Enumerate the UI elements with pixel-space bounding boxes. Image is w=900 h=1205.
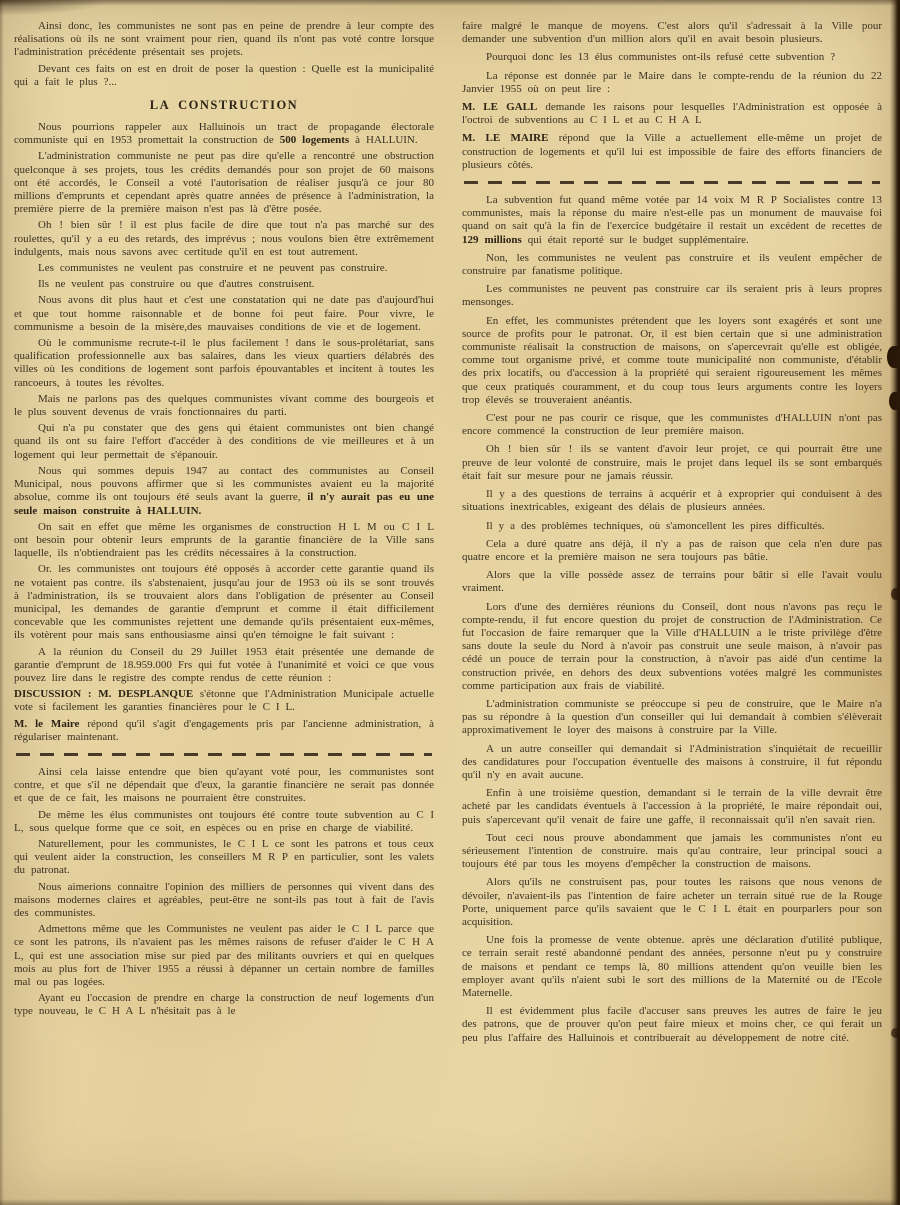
- paragraph: M. le Maire répond qu'il s'agit d'engage…: [14, 718, 434, 744]
- text-run: Oh ! bien sûr ! ils se vantent d'avoir l…: [462, 443, 882, 481]
- paragraph: Nous avons dit plus haut et c'est une co…: [14, 294, 434, 334]
- paragraph: Ainsi donc, les communistes ne sont pas …: [14, 20, 434, 60]
- text-run: Où le communisme recrute-t-il le plus fa…: [14, 337, 434, 389]
- text-run: Ils ne veulent pas construire ou que d'a…: [38, 278, 315, 290]
- text-run: L'administration communiste se préoccupe…: [462, 698, 882, 736]
- text-run: A la réunion du Conseil du 29 Juillet 19…: [14, 646, 434, 684]
- scan-corner-shadow: [0, 0, 110, 16]
- paragraph: La réponse est donnée par le Maire dans …: [462, 70, 882, 96]
- paragraph: L'administration communiste se préoccupe…: [462, 698, 882, 738]
- scan-blemish: [891, 588, 900, 600]
- bold-text-run: DISCUSSION : M. DESPLANQUE: [14, 688, 193, 700]
- text-run: Mais ne parlons pas des quelques communi…: [14, 393, 434, 418]
- paragraph: Enfin à une troisième question, demandan…: [462, 787, 882, 827]
- paragraph: Or. les communistes ont toujours été opp…: [14, 563, 434, 642]
- paragraph: Où le communisme recrute-t-il le plus fa…: [14, 337, 434, 390]
- paragraph: Oh ! bien sûr ! ils se vantent d'avoir l…: [462, 443, 882, 483]
- text-run: Or. les communistes ont toujours été opp…: [14, 563, 434, 641]
- paragraph: Lors d'une des dernières réunions du Con…: [462, 601, 882, 693]
- text-run: Ayant eu l'occasion de prendre en charge…: [14, 992, 434, 1017]
- text-run: Oh ! bien sûr ! il est plus facile de di…: [14, 219, 434, 257]
- paragraph: A la réunion du Conseil du 29 Juillet 19…: [14, 646, 434, 686]
- scan-blemish: [891, 1028, 900, 1038]
- text-run: La subvention fut quand même votée par 1…: [462, 194, 882, 232]
- scan-blemish: [889, 392, 900, 410]
- paragraph: C'est pour ne pas courir ce risque, que …: [462, 412, 882, 438]
- paragraph: Mais ne parlons pas des quelques communi…: [14, 393, 434, 419]
- paragraph: Il y a des questions de terrains à acqué…: [462, 488, 882, 514]
- bold-text-run: M. LE MAIRE: [462, 132, 548, 144]
- paragraph: On sait en effet que même les organismes…: [14, 521, 434, 561]
- text-run: Non, les communistes ne veulent pas cons…: [462, 252, 882, 277]
- text-run: Qui n'a pu constater que des gens qui ét…: [14, 422, 434, 460]
- paragraph: La subvention fut quand même votée par 1…: [462, 194, 882, 247]
- paragraph: Ayant eu l'occasion de prendre en charge…: [14, 992, 434, 1018]
- paragraph: Les communistes ne veulent pas construir…: [14, 262, 434, 275]
- paragraph: Il y a des problèmes techniques, où s'am…: [462, 520, 882, 533]
- text-run: Alors qu'ils ne construisent pas, pour t…: [462, 876, 882, 928]
- text-run: Nous avons dit plus haut et c'est une co…: [14, 294, 434, 332]
- paragraph: Oh ! bien sûr ! il est plus facile de di…: [14, 219, 434, 259]
- bold-text-run: 129 millions: [462, 234, 522, 246]
- text-run: Il y a des problèmes techniques, où s'am…: [486, 520, 825, 532]
- two-column-layout: Ainsi donc, les communistes ne sont pas …: [14, 20, 890, 1050]
- text-run: De même les élus communistes ont toujour…: [14, 809, 434, 834]
- scan-edge-right: [890, 0, 900, 1205]
- paragraph: Une fois la promesse de vente obtenue. a…: [462, 934, 882, 1000]
- paragraph: Naturellement, pour les communistes, le …: [14, 838, 434, 878]
- paragraph: En effet, les communistes prétendent que…: [462, 315, 882, 407]
- paragraph: Nous qui sommes depuis 1947 au contact d…: [14, 465, 434, 518]
- text-run: Il est évidemment plus facile d'accuser …: [462, 1005, 882, 1043]
- text-run: La réponse est donnée par le Maire dans …: [462, 70, 882, 95]
- text-run: Pourquoi donc les 13 élus communistes on…: [486, 51, 835, 63]
- paragraph: M. LE MAIRE répond que la Ville a actuel…: [462, 132, 882, 172]
- paragraph: Devant ces faits on est en droit de pose…: [14, 63, 434, 89]
- text-run: Alors que la ville possède assez de terr…: [462, 569, 882, 594]
- text-run: Enfin à une troisième question, demandan…: [462, 787, 882, 825]
- paragraph: Non, les communistes ne veulent pas cons…: [462, 252, 882, 278]
- text-run: Ainsi donc, les communistes ne sont pas …: [14, 20, 434, 58]
- paragraph: Qui n'a pu constater que des gens qui ét…: [14, 422, 434, 462]
- paragraph: Ainsi cela laisse entendre que bien qu'a…: [14, 766, 434, 806]
- right-column: faire malgré le manque de moyens. C'est …: [462, 20, 882, 1050]
- text-run: Les communistes ne peuvent pas construir…: [462, 283, 882, 308]
- text-run: C'est pour ne pas courir ce risque, que …: [462, 412, 882, 437]
- text-run: faire malgré le manque de moyens. C'est …: [462, 20, 882, 45]
- dashed-separator: [464, 181, 880, 184]
- text-run: Il y a des questions de terrains à acqué…: [462, 488, 882, 513]
- text-run: Les communistes ne veulent pas construir…: [38, 262, 387, 274]
- paragraph: De même les élus communistes ont toujour…: [14, 809, 434, 835]
- paragraph: Nous aimerions connaitre l'opinion des m…: [14, 881, 434, 921]
- paragraph: L'administration communiste ne peut pas …: [14, 150, 434, 216]
- text-run: On sait en effet que même les organismes…: [14, 521, 434, 559]
- paragraph: A un autre conseiller qui demandait si l…: [462, 743, 882, 783]
- dashed-separator: [16, 753, 432, 756]
- paragraph: Pourquoi donc les 13 élus communistes on…: [462, 51, 882, 64]
- left-column: Ainsi donc, les communistes ne sont pas …: [14, 20, 434, 1050]
- text-run: Cela a duré quatre ans déjà, il n'y a pa…: [462, 538, 882, 563]
- bold-text-run: M. LE GALL: [462, 101, 537, 113]
- text-run: Ainsi cela laisse entendre que bien qu'a…: [14, 766, 434, 804]
- paragraph: Les communistes ne peuvent pas construir…: [462, 283, 882, 309]
- paragraph: Nous pourrions rappeler aux Halluinois u…: [14, 121, 434, 147]
- text-run: Tout ceci nous prouve abondamment que ja…: [462, 832, 882, 870]
- paragraph: Cela a duré quatre ans déjà, il n'y a pa…: [462, 538, 882, 564]
- paragraph: Alors qu'ils ne construisent pas, pour t…: [462, 876, 882, 929]
- text-run: En effet, les communistes prétendent que…: [462, 315, 882, 406]
- paragraph: faire malgré le manque de moyens. C'est …: [462, 20, 882, 46]
- paragraph: Admettons même que les Communistes ne ve…: [14, 923, 434, 989]
- text-run: qui était reporté sur le budget suppléme…: [522, 234, 749, 246]
- bold-text-run: 500 logements: [280, 134, 350, 146]
- paragraph: Il est évidemment plus facile d'accuser …: [462, 1005, 882, 1045]
- text-run: Lors d'une des dernières réunions du Con…: [462, 601, 882, 692]
- text-run: Nous aimerions connaitre l'opinion des m…: [14, 881, 434, 919]
- scan-edge-left: [0, 0, 4, 1205]
- paragraph: DISCUSSION : M. DESPLANQUE s'étonne que …: [14, 688, 434, 714]
- text-run: Devant ces faits on est en droit de pose…: [14, 63, 434, 88]
- bold-text-run: M. le Maire: [14, 718, 79, 730]
- text-run: Une fois la promesse de vente obtenue. a…: [462, 934, 882, 999]
- text-run: L'administration communiste ne peut pas …: [14, 150, 434, 215]
- text-run: Admettons même que les Communistes ne ve…: [14, 923, 434, 988]
- scan-edge-bottom: [0, 1199, 900, 1205]
- text-run: Naturellement, pour les communistes, le …: [14, 838, 434, 876]
- document-page: Ainsi donc, les communistes ne sont pas …: [0, 0, 900, 1205]
- paragraph: M. LE GALL demande les raisons pour lesq…: [462, 101, 882, 127]
- paragraph: Ils ne veulent pas construire ou que d'a…: [14, 278, 434, 291]
- section-heading: LA CONSTRUCTION: [14, 98, 434, 113]
- text-run: A un autre conseiller qui demandait si l…: [462, 743, 882, 781]
- text-run: à HALLUIN.: [349, 134, 417, 146]
- scan-edge-top: [0, 0, 900, 6]
- paragraph: Tout ceci nous prouve abondamment que ja…: [462, 832, 882, 872]
- paragraph: Alors que la ville possède assez de terr…: [462, 569, 882, 595]
